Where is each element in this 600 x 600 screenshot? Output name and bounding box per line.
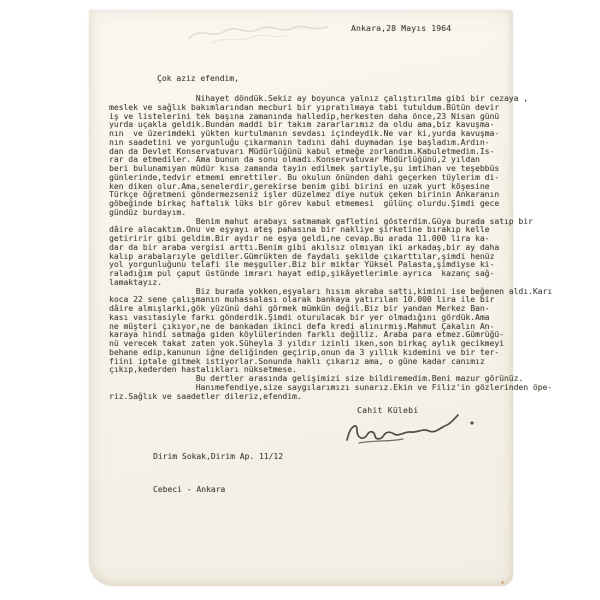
- sender-address: Dirim Sokak,Dirim Ap. 11/12 Cebeci - Ank…: [153, 429, 283, 517]
- scanned-letter-page: Ankara,28 Mayıs 1964 Çok aziz efendim, N…: [0, 0, 600, 600]
- address-line-2: Cebeci - Ankara: [153, 484, 283, 495]
- paragraph-1: Nihayet döndük.Sekiz ay boyunca yalnız ç…: [109, 95, 513, 218]
- letter-body: Nihayet döndük.Sekiz ay boyunca yalnız ç…: [109, 95, 513, 401]
- letter-paper: Ankara,28 Mayıs 1964 Çok aziz efendim, N…: [89, 10, 513, 586]
- dateline: Ankara,28 Mayıs 1964: [351, 24, 451, 33]
- paragraph-2: Benim mahut arabayı satmamak gafletini g…: [109, 218, 513, 288]
- handwritten-signature: [339, 410, 489, 452]
- address-line-1: Dirim Sokak,Dirim Ap. 11/12: [153, 451, 283, 462]
- paragraph-4: Bu dertler arasında gelişimizi size bild…: [109, 375, 513, 401]
- paragraph-3: Biz burada yokken,eşyaları hısım akraba …: [109, 288, 513, 376]
- salutation: Çok aziz efendim,: [157, 74, 239, 83]
- paper-speck: [501, 581, 504, 584]
- pencil-inscription: [181, 16, 341, 50]
